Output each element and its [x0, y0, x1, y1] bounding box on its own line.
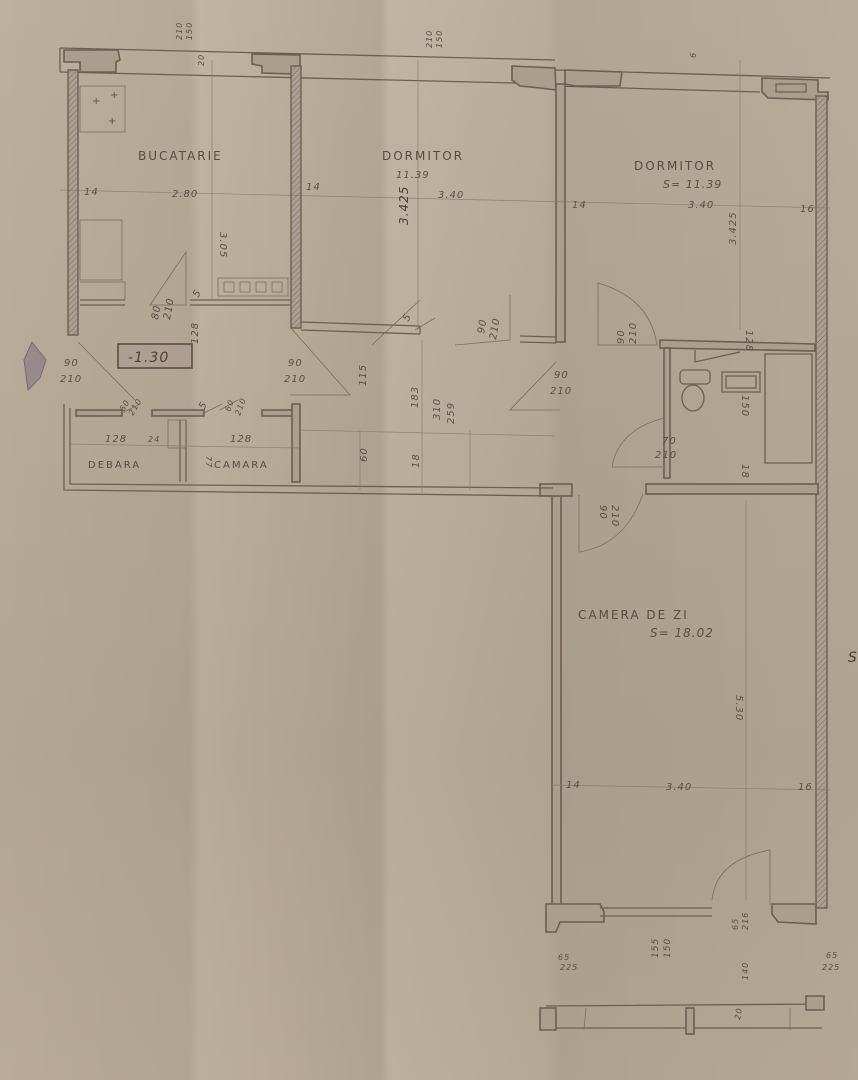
pantry-width: 128	[105, 434, 127, 445]
dim-wall-14-c: 14	[572, 200, 587, 211]
bedroom1-bottom-wall	[301, 322, 420, 334]
dim-wall-14-d: 14	[566, 780, 581, 791]
dim-window-top-right: 6	[689, 52, 698, 58]
svg-text:70: 70	[662, 436, 677, 447]
counter-icon	[80, 220, 125, 305]
door-bedroom2-label: 90 210	[616, 322, 639, 344]
dim-hall-115: 115	[358, 364, 369, 386]
door-entry-label: 90 210	[60, 358, 82, 385]
kitchen-left-wall	[68, 70, 78, 335]
bedroom1-width: 3.40	[438, 190, 464, 201]
dim-window-top-a: 210	[175, 22, 184, 40]
dim-bottom-left-225: 225	[560, 963, 578, 972]
door-hall-left-label: 90 210	[284, 358, 306, 385]
dim-bottom-right-65: 65	[826, 951, 838, 960]
elevation-tag: -1.30	[128, 350, 169, 366]
door-bedroom1-label: 90 210	[476, 317, 503, 341]
sink-icon	[695, 350, 760, 392]
bedroom1-door-swing	[372, 300, 435, 345]
dim-bottom-left-65: 65	[558, 953, 570, 962]
storage-width: 128	[230, 434, 252, 445]
dim-bottom-window-155: 155	[651, 938, 661, 958]
dim-hall-60: 60	[359, 447, 370, 462]
dim-hall-183: 183	[410, 386, 421, 408]
stove-icon: + + +	[80, 86, 125, 132]
svg-text:90: 90	[476, 318, 489, 334]
dim-bottom-door-65: 65	[731, 918, 740, 930]
living-depth: 5.30	[733, 695, 744, 721]
balcony-door-swing	[712, 850, 770, 905]
svg-text:+: +	[110, 90, 118, 101]
bedroom1-area: 11.39	[396, 170, 430, 181]
dim-bottom-door-216: 216	[741, 912, 750, 930]
bedroom-partition-wall	[556, 84, 565, 342]
living-area: S= 18.02	[650, 626, 714, 640]
svg-text:90: 90	[616, 329, 627, 344]
bedroom2-depth: 3.425	[728, 211, 739, 245]
dim-bottom-140: 140	[741, 962, 750, 980]
door-misc-5-a: 5	[191, 288, 204, 300]
bedroom1-label: DORMITOR	[382, 149, 464, 163]
storage-label: CAMARA	[214, 460, 269, 471]
bedroom2-width: 3.40	[688, 200, 714, 211]
svg-text:90: 90	[597, 505, 608, 520]
dim-bottom-right-225: 225	[822, 963, 840, 972]
dim-window-top-mid: 20	[197, 54, 206, 66]
bedroom2-label: DORMITOR	[634, 159, 716, 173]
dim-window-top-2b: 150	[435, 30, 444, 48]
dim-hall-310: 310	[432, 398, 443, 420]
door-hall-right-label: 90 210	[550, 370, 572, 397]
bottom-wall	[540, 904, 824, 1034]
top-wall-left	[60, 48, 556, 90]
living-left-wall	[552, 495, 561, 915]
top-wall-right	[555, 70, 830, 100]
toilet-icon	[680, 370, 710, 411]
dim-bottom-window-150: 150	[663, 938, 673, 958]
corridor-stub	[540, 484, 572, 496]
dim-wall-16-a: 16	[800, 204, 815, 215]
kitchen-depth: 3.05	[217, 232, 228, 258]
dim-wall-24: 24	[148, 435, 160, 444]
living-label: CAMERA DE ZI	[578, 608, 689, 622]
dim-bath-18: 18	[739, 464, 750, 479]
bedroom1-depth: 3.425	[397, 186, 411, 225]
dim-wall-16-b: 16	[798, 782, 813, 793]
kitchen-label: BUCATARIE	[138, 149, 223, 163]
pantry-label: DEBARA	[88, 460, 141, 471]
floor-plan-sheet: + + +	[0, 0, 858, 1080]
living-top-wall	[646, 484, 818, 494]
dim-hall-18: 18	[411, 453, 422, 468]
svg-text:+: +	[108, 116, 116, 127]
floor-plan-drawing: + + +	[0, 0, 858, 1080]
svg-text:+: +	[92, 96, 100, 107]
door-misc-5-b: 5	[401, 312, 414, 324]
bath-top-wall	[660, 340, 815, 351]
dim-bath-128: 128	[743, 330, 754, 352]
dim-wall-14-b: 14	[306, 182, 321, 193]
right-exterior-wall	[816, 96, 827, 908]
dim-storage-77: 77	[204, 456, 213, 468]
dim-bottom-20: 20	[733, 1007, 744, 1021]
svg-text:90: 90	[64, 358, 79, 369]
bedroom2-area: S= 11.39	[663, 178, 722, 191]
entry-arrow-icon	[24, 342, 46, 390]
living-width: 3.40	[666, 782, 692, 793]
dim-window-top-2a: 210	[425, 30, 434, 48]
svg-text:210: 210	[655, 450, 677, 461]
door-living-label: 90 210	[597, 505, 620, 527]
kitchen-door-swing	[150, 252, 186, 305]
svg-text:210: 210	[550, 386, 572, 397]
svg-text:210: 210	[162, 297, 177, 321]
svg-text:210: 210	[609, 505, 620, 527]
svg-text:210: 210	[488, 317, 503, 341]
svg-text:210: 210	[60, 374, 82, 385]
kitchen-width: 2.80	[172, 189, 198, 200]
dim-bath-150: 150	[739, 395, 750, 417]
dim-hall-259: 259	[446, 402, 457, 424]
kitchen-bedroom-partition	[291, 66, 301, 328]
door-kitchen-label: 80 210	[150, 297, 177, 321]
dim-window-top-b: 150	[185, 22, 194, 40]
dim-hall-128: 128	[190, 322, 201, 344]
door-storage-label: 60 210	[223, 396, 248, 416]
svg-text:210: 210	[628, 322, 639, 344]
svg-text:90: 90	[554, 370, 569, 381]
dim-wall-14-a: 14	[84, 187, 99, 198]
corridor-guide-line	[300, 430, 555, 436]
margin-mark-s: S	[848, 650, 858, 666]
storage-block	[64, 400, 553, 496]
shower-tray-icon	[765, 354, 812, 463]
svg-text:210: 210	[127, 397, 144, 417]
svg-text:90: 90	[288, 358, 303, 369]
radiator-icon	[190, 278, 291, 305]
svg-text:210: 210	[284, 374, 306, 385]
svg-text:210: 210	[233, 396, 248, 416]
